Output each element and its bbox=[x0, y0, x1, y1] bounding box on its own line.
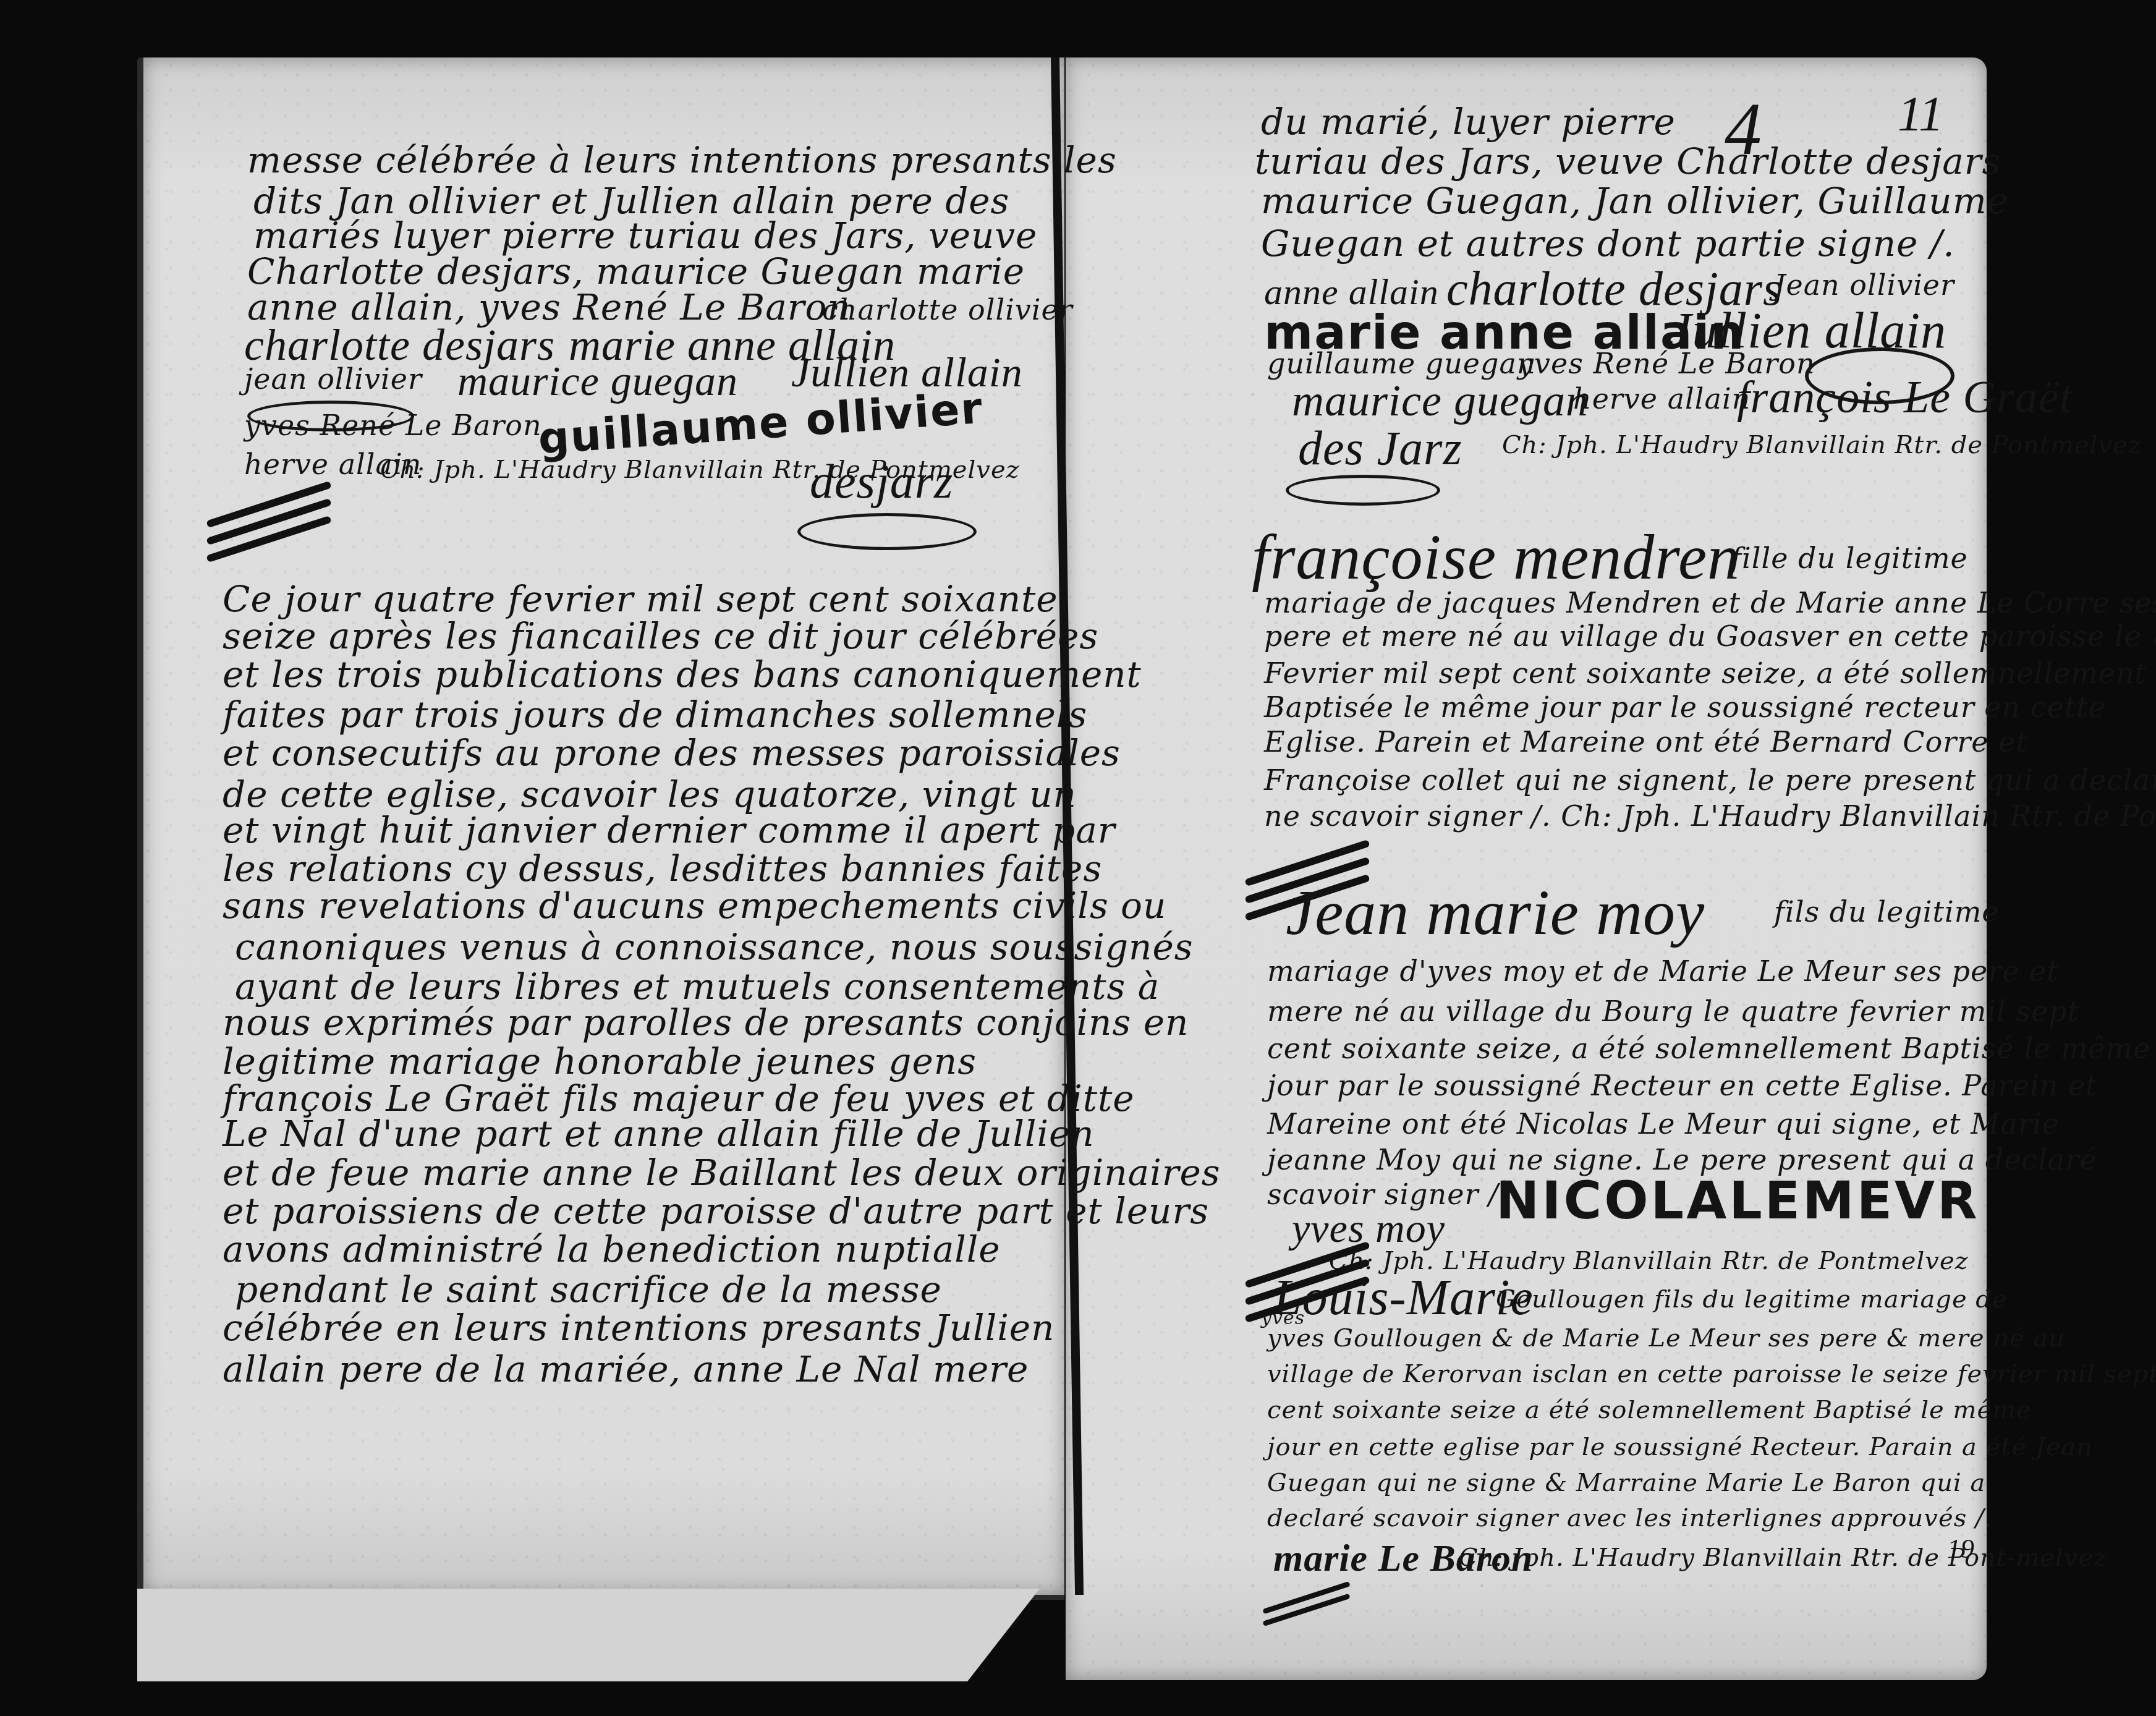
entry-text-line: allain pere de la mariée, anne Le Nal me… bbox=[223, 1351, 1029, 1387]
entry-text-line: de cette eglise, scavoir les quatorze, v… bbox=[223, 776, 1077, 812]
entry-name-heading: Jean marie moy bbox=[1286, 881, 1705, 945]
entry-text-line: jour par le soussigné Recteur en cette E… bbox=[1267, 1071, 2098, 1100]
entry-text-line: yves Goullougen & de Marie Le Meur ses p… bbox=[1267, 1326, 2065, 1351]
signature: maurice guegan bbox=[1292, 378, 1589, 423]
entry-text-line: Ce jour quatre fevrier mil sept cent soi… bbox=[223, 581, 1058, 617]
signature-flourish bbox=[797, 513, 977, 550]
entry-text-line: Baptisée le même jour par le soussigné r… bbox=[1264, 693, 2106, 721]
entry-text-line: et consecutifs au prone des messes paroi… bbox=[223, 735, 1121, 771]
right-text-line: du marié, luyer pierre bbox=[1261, 104, 1676, 140]
entry-text-line: faites par trois jours de dimanches soll… bbox=[223, 697, 1087, 733]
signature: desjarz bbox=[810, 457, 953, 506]
entry-text-line: célébrée en leurs intentions presants Ju… bbox=[223, 1310, 1055, 1346]
corner-number: 19 bbox=[1947, 1533, 1974, 1565]
left-text-line: Charlotte desjars, maurice Guegan marie bbox=[247, 253, 1025, 289]
entry-name-heading: françoise mendren bbox=[1252, 525, 1740, 590]
signature: jean ollivier bbox=[244, 365, 422, 393]
torn-paper-tab bbox=[137, 1589, 1040, 1681]
entry-separator-mark bbox=[1261, 1591, 1347, 1630]
left-text-line: dits Jan ollivier et Jullien allain pere… bbox=[253, 183, 1009, 219]
priest-signature: Ch: Jph. L'Haudry Blanvillain Rtr. de Po… bbox=[1459, 1545, 2107, 1570]
entry-text-line: cent soixante seize, a été solemnellemen… bbox=[1267, 1034, 2150, 1063]
entry-text-line: jour en cette eglise par le soussigné Re… bbox=[1267, 1435, 2093, 1459]
signature: guillaume guegan bbox=[1267, 349, 1536, 378]
entry-text-line: pere et mere né au village du Goasver en… bbox=[1264, 622, 2156, 650]
entry-text-line: et de feue marie anne le Baillant les de… bbox=[223, 1155, 1221, 1191]
folio-mark: 11 bbox=[1898, 87, 1943, 143]
left-text-line: mariés luyer pierre turiau des Jars, veu… bbox=[253, 218, 1037, 253]
entry-text-line: fils du legitime bbox=[1774, 898, 2000, 926]
entry-text-line: mariage d'yves moy et de Marie Le Meur s… bbox=[1267, 957, 2059, 985]
entry-text-line: sans revelations d'aucuns empechements c… bbox=[223, 888, 1166, 924]
right-text-line: Guegan et autres dont partie signe /. bbox=[1261, 226, 1955, 261]
entry-text-line: françois Le Graët fils majeur de feu yve… bbox=[223, 1081, 1135, 1116]
entry-text-line: scavoir signer /. bbox=[1267, 1180, 1508, 1208]
left-text-line: messe célébrée à leurs intentions presan… bbox=[247, 142, 1117, 178]
entry-text-line: seize après les fiancailles ce dit jour … bbox=[223, 618, 1098, 654]
entry-text-line: Goullougen fils du legitime mariage de bbox=[1496, 1287, 2008, 1312]
priest-signature: Ch: Jph. L'Haudry Blanvillain Rtr. de Po… bbox=[1502, 433, 2142, 457]
entry-text-line: Guegan qui ne signe & Marraine Marie Le … bbox=[1267, 1471, 1985, 1495]
entry-text-line: mere né au village du Bourg le quatre fe… bbox=[1267, 997, 2079, 1026]
right-text-line: turiau des Jars, veuve Charlotte desjars bbox=[1255, 143, 2001, 179]
entry-text-line: Eglise. Parein et Mareine ont été Bernar… bbox=[1264, 728, 2028, 756]
entry-text-line: Mareine ont été Nicolas Le Meur qui sign… bbox=[1267, 1110, 2060, 1138]
signature: des Jarz bbox=[1298, 424, 1462, 472]
entry-text-line: et vingt huit janvier dernier comme il a… bbox=[223, 812, 1116, 848]
entry-text-line: Fevrier mil sept cent soixante seize, a … bbox=[1264, 659, 2147, 687]
entry-separator-mark bbox=[204, 495, 328, 550]
entry-text-line: canoniques venus à connoissance, nous so… bbox=[235, 929, 1194, 965]
entry-text-line: ayant de leurs libres et mutuels consent… bbox=[235, 969, 1160, 1005]
entry-text-line: fille du legitime bbox=[1731, 544, 1968, 572]
signature: yves René Le Baron bbox=[244, 411, 542, 440]
signature: Jullien allain bbox=[791, 351, 1023, 393]
signature: françois Le Graët bbox=[1737, 375, 2073, 420]
entry-text-line: mariage de jacques Mendren et de Marie a… bbox=[1264, 588, 2156, 617]
entry-text-line: et les trois publications des bans canon… bbox=[223, 656, 1142, 692]
entry-text-line: declaré scavoir signer avec les interlig… bbox=[1267, 1506, 1993, 1531]
entry-text-line: pendant le saint sacrifice de la messe bbox=[235, 1272, 942, 1307]
entry-text-line: Françoise collet qui ne signent, le pere… bbox=[1264, 766, 2156, 794]
entry-text-line: ne scavoir signer /. Ch: Jph. L'Haudry B… bbox=[1264, 802, 2156, 830]
entry-name-heading: Louis-Marie bbox=[1273, 1272, 1534, 1323]
entry-text-line: avons administré la benediction nuptiall… bbox=[223, 1231, 1001, 1267]
entry-text-line: legitime mariage honorable jeunes gens bbox=[223, 1043, 977, 1079]
entry-text-line: cent soixante seize a été solemnellement… bbox=[1267, 1398, 2032, 1422]
entry-text-line: village de Kerorvan isclan en cette paro… bbox=[1267, 1362, 2156, 1387]
entry-text-line: les relations cy dessus, lesdittes banni… bbox=[223, 851, 1102, 886]
right-text-line: maurice Guegan, Jan ollivier, Guillaume bbox=[1261, 183, 2009, 219]
signature: Jean ollivier bbox=[1774, 271, 1954, 299]
entry-text-line: Le Nal d'une part et anne allain fille d… bbox=[223, 1116, 1095, 1152]
entry-text-line: et paroissiens de cette paroisse d'autre… bbox=[223, 1193, 1209, 1229]
signature-flourish bbox=[1286, 475, 1440, 506]
signature: herve allain bbox=[1573, 384, 1751, 413]
entry-text-line: nous exprimés par parolles de presants c… bbox=[223, 1005, 1189, 1040]
signature: NICOLALEMEVR bbox=[1496, 1174, 1980, 1226]
signature: maurice guegan bbox=[457, 360, 738, 402]
